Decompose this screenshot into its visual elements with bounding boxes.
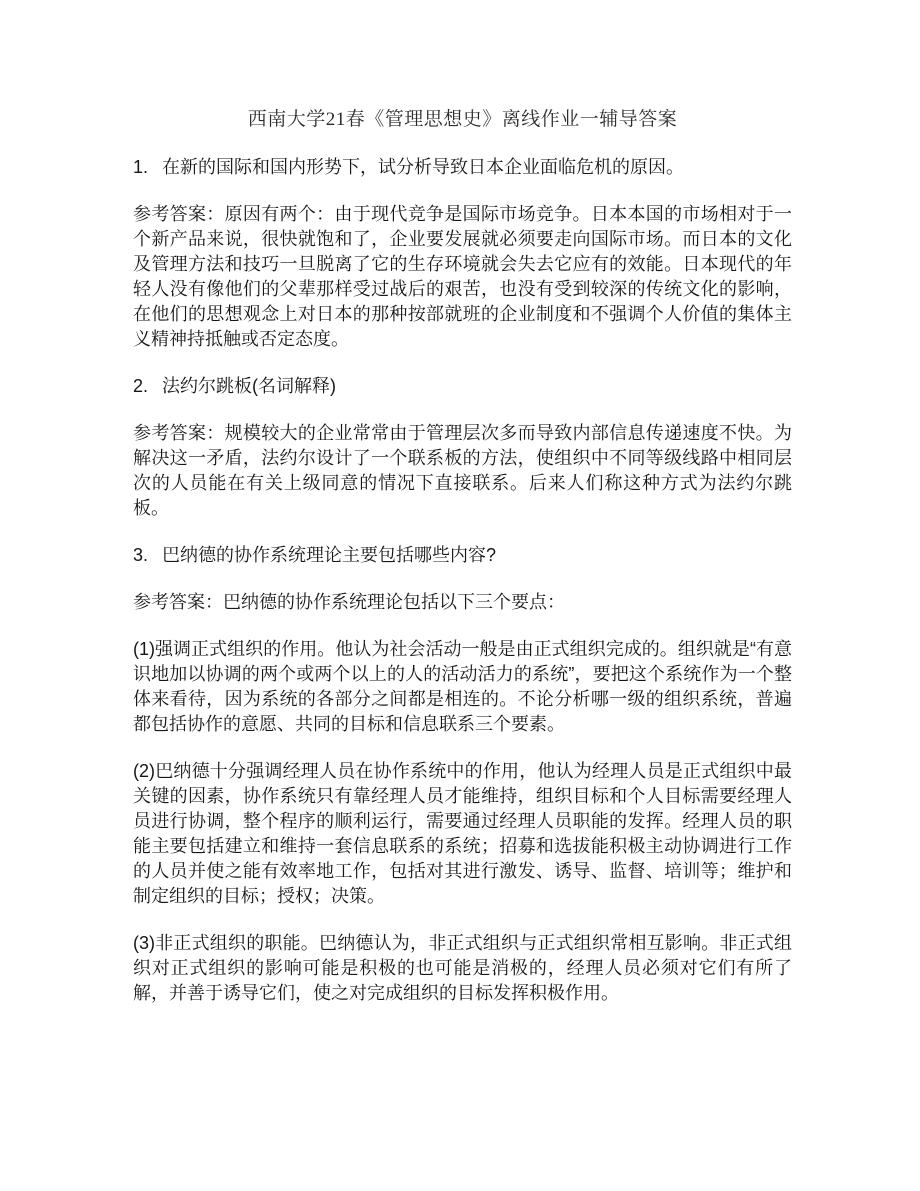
question-line: 3.巴纳德的协作系统理论主要包括哪些内容?	[133, 543, 792, 568]
question-text: 在新的国际和国内形势下，试分析导致日本企业面临危机的原因。	[162, 157, 684, 177]
question-number: 1.	[133, 155, 148, 180]
section-question-2: 2.法约尔跳板(名词解释) 参考答案：规模较大的企业常常由于管理层次多而导致内部…	[133, 374, 792, 521]
document-title: 西南大学21春《管理思想史》离线作业一辅导答案	[133, 106, 792, 133]
answer-paragraph: 参考答案：原因有两个：由于现代竞争是国际市场竞争。日本本国的市场相对于一个新产品…	[133, 202, 792, 352]
answer-paragraph: (1)强调正式组织的作用。他认为社会活动一般是由正式组织完成的。组织就是“有意识…	[133, 637, 792, 737]
question-text: 法约尔跳板(名词解释)	[162, 376, 336, 396]
section-question-1: 1.在新的国际和国内形势下，试分析导致日本企业面临危机的原因。 参考答案：原因有…	[133, 155, 792, 352]
answer-paragraph: (2)巴纳德十分强调经理人员在协作系统中的作用，他认为经理人员是正式组织中最关键…	[133, 759, 792, 909]
answer-paragraph: 参考答案：规模较大的企业常常由于管理层次多而导致内部信息传递速度不快。为解决这一…	[133, 421, 792, 521]
answer-paragraph: 参考答案：巴纳德的协作系统理论包括以下三个要点：	[133, 590, 792, 615]
question-line: 1.在新的国际和国内形势下，试分析导致日本企业面临危机的原因。	[133, 155, 792, 180]
question-number: 3.	[133, 543, 148, 568]
question-text: 巴纳德的协作系统理论主要包括哪些内容?	[162, 545, 496, 565]
answer-paragraph: (3)非正式组织的职能。巴纳德认为，非正式组织与正式组织常相互影响。非正式组织对…	[133, 931, 792, 1006]
question-number: 2.	[133, 374, 148, 399]
section-question-3: 3.巴纳德的协作系统理论主要包括哪些内容? 参考答案：巴纳德的协作系统理论包括以…	[133, 543, 792, 1006]
question-line: 2.法约尔跳板(名词解释)	[133, 374, 792, 399]
document-page: 西南大学21春《管理思想史》离线作业一辅导答案 1.在新的国际和国内形势下，试分…	[0, 0, 920, 1191]
